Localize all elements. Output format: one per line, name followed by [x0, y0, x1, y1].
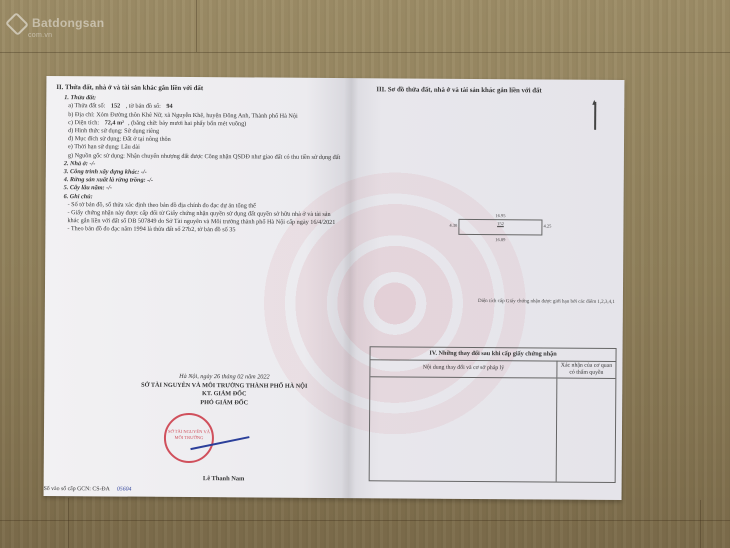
edge-left-length: 4.30 — [449, 222, 457, 229]
signer-position: PHÓ GIÁM ĐỐC — [104, 398, 344, 408]
parcel-label: a) Thửa đất số: — [68, 103, 105, 110]
site-watermark: Batdongsan com.vn — [8, 16, 104, 39]
land-certificate: II. Thửa đất, nhà ở và tài sản khác gắn … — [44, 76, 625, 500]
boundary-note: Diện tích cấp Giấy chứng nhận được giới … — [425, 299, 615, 305]
use-form-label: d) Hình thức sử dụng: — [68, 127, 123, 134]
north-arrow-icon — [594, 102, 596, 130]
signer-name: Lê Thanh Nam — [104, 474, 344, 483]
map-sheet-number: 94 — [166, 103, 172, 110]
edge-bottom-length: 16.89 — [459, 236, 541, 244]
changes-column: Nội dung thay đổi và cơ sở pháp lý — [370, 359, 558, 481]
note-item: - Giấy chứng nhận này được cấp đổi từ Gi… — [55, 209, 340, 227]
floor-seam — [68, 498, 69, 548]
purpose-label: đ) Mục đích sử dụng: — [68, 135, 121, 142]
section-ii: II. Thửa đất, nhà ở và tài sản khác gắn … — [55, 84, 341, 236]
floor-seam — [0, 520, 730, 521]
origin-label: g) Nguồn gốc sử dụng: — [68, 152, 125, 159]
floor-seam — [0, 52, 730, 53]
address-label: b) Địa chỉ: — [68, 111, 95, 118]
edge-right-length: 4.25 — [544, 222, 552, 229]
floor-seam — [700, 500, 701, 548]
signature-block: Hà Nội, ngày 26 tháng 02 năm 2022 SỞ TÀI… — [104, 372, 344, 408]
section-iii: III. Sơ đồ thửa đất, nhà ở và tài sản kh… — [376, 86, 616, 95]
registry-value: 05604 — [117, 486, 132, 492]
section-ii-title: II. Thửa đất, nhà ở và tài sản khác gắn … — [56, 84, 341, 94]
changes-column-header: Nội dung thay đổi và cơ sở pháp lý — [370, 359, 556, 378]
term-label: e) Thời hạn sử dụng: — [68, 144, 120, 151]
confirmation-column: Xác nhận của cơ quan có thẩm quyền — [557, 361, 616, 482]
changes-table: IV. Những thay đổi sau khi cấp giấy chứn… — [369, 346, 617, 483]
area-value: 72,4 m² — [105, 119, 124, 126]
parcel-diagram: 16.95 152 16.89 4.25 4.30 — [458, 219, 542, 236]
map-sheet-label: , tờ bản đồ số: — [126, 103, 161, 110]
address-value: Xóm Đường thôn Khê Nữ, xã Nguyễn Khê, hu… — [96, 111, 298, 119]
page-fold — [342, 78, 359, 498]
term-value: Lâu dài — [121, 144, 140, 151]
edge-top-length: 16.95 — [459, 212, 541, 220]
purpose-value: Đất ở tại nông thôn — [123, 136, 171, 143]
plot-id: 152 — [459, 220, 541, 228]
registry-label: Số vào sổ cấp GCN: CS-ĐA — [44, 486, 110, 492]
registry-number: Số vào sổ cấp GCN: CS-ĐA 05604 — [44, 486, 132, 493]
parcel-number: 152 — [111, 103, 120, 110]
area-words: , (bằng chữ: bảy mươi hai phẩy bốn mét v… — [128, 119, 246, 127]
watermark-brand: Batdongsan — [32, 16, 104, 30]
watermark-tagline: com.vn — [28, 32, 104, 39]
floor-seam — [196, 0, 197, 52]
confirmation-column-header: Xác nhận của cơ quan có thẩm quyền — [557, 361, 615, 379]
area-label: c) Diện tích: — [68, 119, 99, 126]
brand-logo-icon — [5, 12, 29, 36]
use-form-value: Sử dụng riêng — [124, 128, 159, 135]
origin-value: Nhận chuyển nhượng đất được Công nhận QS… — [126, 152, 340, 160]
section-iii-title: III. Sơ đồ thửa đất, nhà ở và tài sản kh… — [376, 86, 616, 95]
